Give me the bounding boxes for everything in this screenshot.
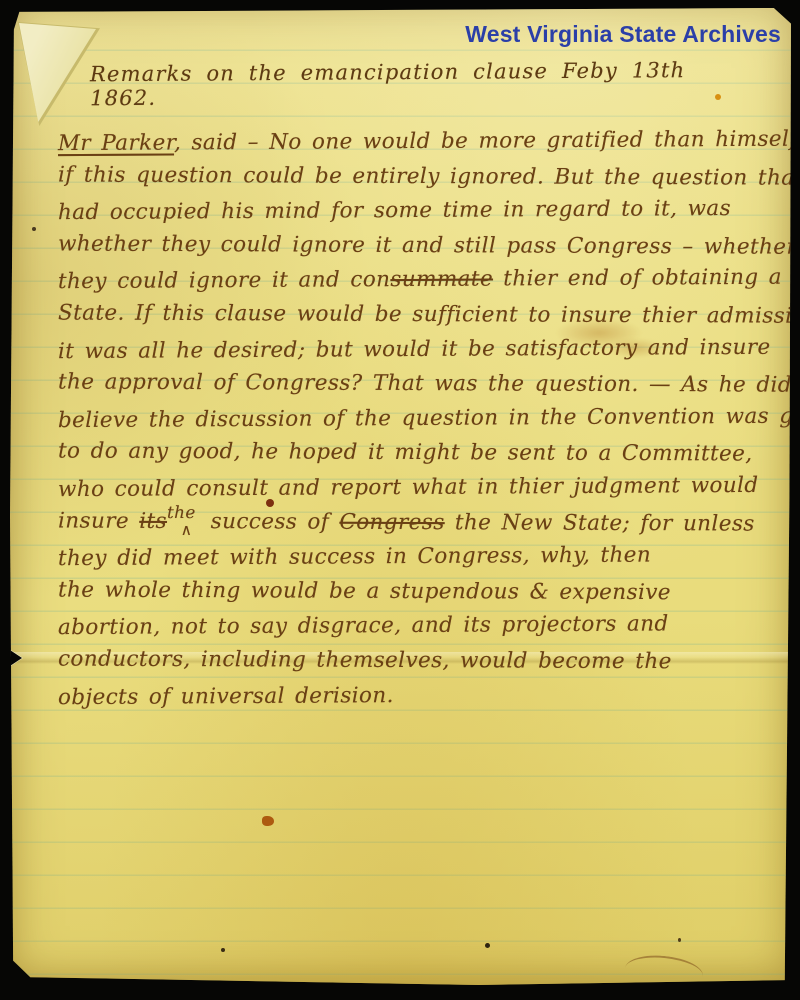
handwritten-text: , said – No one would be more gratified …: [174, 127, 798, 156]
handwritten-line: believe the discussion of the question i…: [58, 404, 761, 443]
handwritten-text: insure: [58, 508, 139, 533]
edge-tear-notch: [7, 648, 22, 668]
underlined-text: Mr Parker: [58, 130, 174, 156]
handwritten-text: thier end of obtaining a New: [493, 265, 800, 292]
handwritten-line: State. If this clause would be sufficien…: [58, 300, 761, 338]
handwritten-line: they did meet with success in Congress, …: [58, 542, 761, 581]
handwritten-text: State. If this clause would be sufficien…: [58, 300, 800, 328]
handwritten-text: who could consult and report what in thi…: [58, 473, 759, 502]
handwritten-text: the whole thing would be a stupendous & …: [58, 577, 671, 605]
handwritten-line: had occupied his mind for some time in r…: [58, 196, 761, 235]
speck: [678, 938, 681, 942]
struck-text: summate: [390, 267, 493, 293]
insertion-caret: ∧: [181, 521, 193, 539]
handwritten-text: the approval of Congress? That was the q…: [58, 370, 800, 398]
document-body: Mr Parker, said – No one would be more g…: [58, 129, 761, 717]
photo-background: West Virginia State Archives Remarks on …: [0, 0, 800, 1000]
handwritten-line: the whole thing would be a stupendous & …: [58, 577, 761, 615]
handwritten-line: objects of universal derision.: [58, 680, 761, 719]
handwritten-line: it was all he desired; but would it be s…: [58, 334, 761, 373]
handwritten-text: whether they could ignore it and still p…: [58, 231, 797, 259]
document-page: West Virginia State Archives Remarks on …: [10, 8, 791, 986]
handwritten-line: insure itsthe∧ success of Congress the N…: [58, 508, 761, 546]
handwritten-line: conductors, including themselves, would …: [58, 646, 761, 684]
handwritten-text: objects of universal derision.: [58, 683, 394, 710]
handwritten-line: who could consult and report what in thi…: [58, 473, 761, 512]
handwritten-text: if this question could be entirely ignor…: [58, 162, 800, 190]
stain: [32, 227, 36, 231]
handwritten-text: they could ignore it and con: [58, 267, 391, 294]
stain: [262, 816, 274, 826]
speck: [485, 943, 490, 948]
handwritten-line: Mr Parker, said – No one would be more g…: [58, 127, 761, 166]
handwritten-text: conductors, including themselves, would …: [58, 646, 672, 674]
archive-watermark: West Virginia State Archives: [465, 21, 781, 48]
handwritten-line: the approval of Congress? That was the q…: [58, 370, 761, 408]
document-title: Remarks on the emancipation clause Feby …: [90, 58, 741, 111]
struck-text: Congress: [339, 509, 444, 534]
handwritten-text: the New State; for unless: [445, 510, 755, 536]
folded-corner: [19, 23, 96, 122]
handwritten-text: had occupied his mind for some time in r…: [58, 196, 731, 225]
handwritten-text: they did meet with success in Congress, …: [58, 543, 651, 572]
handwritten-text: abortion, not to say disgrace, and its p…: [58, 612, 669, 641]
struck-text: its: [139, 508, 167, 533]
handwritten-line: if this question could be entirely ignor…: [58, 162, 761, 200]
handwritten-text: success of: [200, 509, 339, 535]
handwritten-text: to do any good, he hoped it might be sen…: [58, 439, 753, 467]
pen-mark: [624, 952, 705, 992]
handwritten-line: they could ignore it and consummate thie…: [58, 265, 761, 304]
speck: [221, 948, 225, 952]
inserted-text: the: [167, 501, 196, 521]
handwritten-line: to do any good, he hoped it might be sen…: [58, 439, 761, 477]
handwritten-text: it was all he desired; but would it be s…: [58, 334, 771, 363]
handwritten-text: believe the discussion of the question i…: [58, 403, 800, 433]
handwritten-line: whether they could ignore it and still p…: [58, 231, 761, 269]
handwritten-line: abortion, not to say disgrace, and its p…: [58, 611, 761, 650]
